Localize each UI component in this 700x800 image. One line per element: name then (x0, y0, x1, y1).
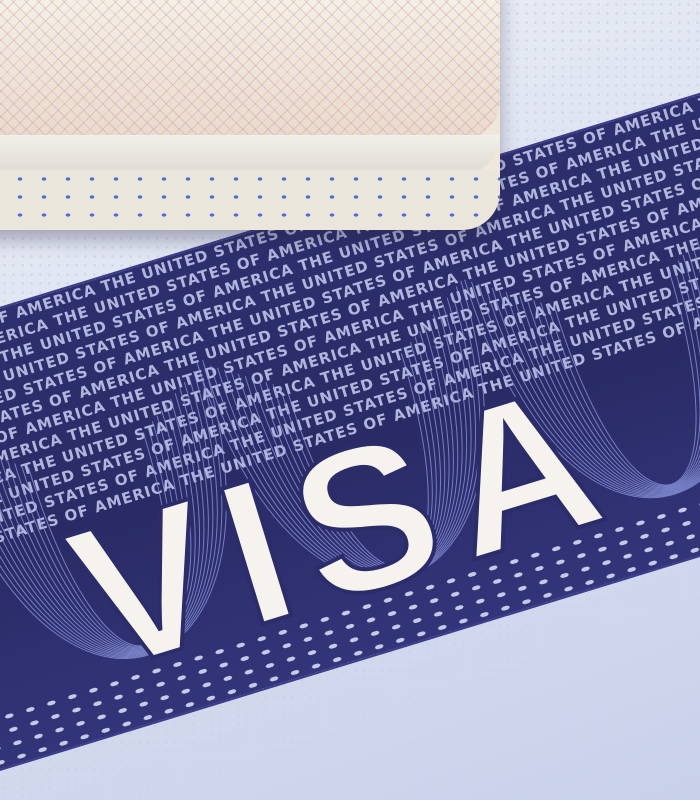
passport-pages (0, 135, 500, 175)
passport-page-edge (0, 170, 500, 230)
visa-photo: THE UNITED STATES OF AMERICA THE UNITED … (0, 0, 700, 800)
passport-booklet (0, 0, 500, 230)
passport-cover (0, 0, 500, 140)
